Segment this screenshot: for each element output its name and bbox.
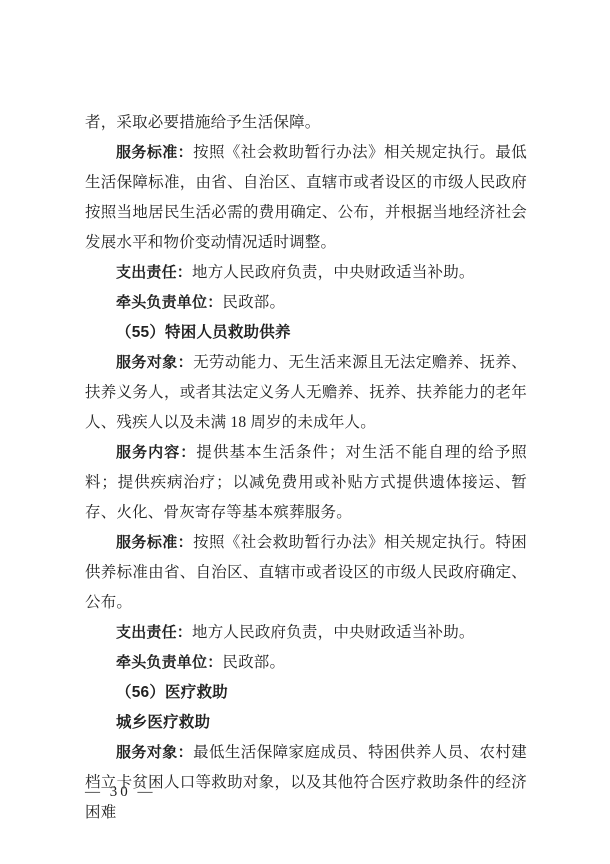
section-heading-55: （55）特困人员救助供养 [85, 318, 527, 348]
paragraph-label: 服务内容： [116, 444, 196, 461]
paragraph-label: 支出责任： [116, 624, 192, 641]
paragraph-text: 地方人民政府负责，中央财政适当补助。 [192, 624, 475, 641]
section-heading-56: （56）医疗救助 [85, 678, 527, 708]
paragraph-label: 服务对象： [116, 354, 193, 371]
paragraph: 支出责任：地方人民政府负责，中央财政适当补助。 [85, 258, 527, 288]
paragraph-text: 民政部。 [222, 294, 285, 311]
paragraph-label: 服务标准： [116, 534, 193, 551]
paragraph-text: 者，采取必要措施给予生活保障。 [85, 114, 321, 131]
paragraph-label: 服务标准： [116, 144, 193, 161]
paragraph: 服务标准：按照《社会救助暂行办法》相关规定执行。特困供养标准由省、自治区、直辖市… [85, 528, 527, 618]
paragraph: 服务对象：无劳动能力、无生活来源且无法定赡养、抚养、扶养义务人，或者其法定义务人… [85, 348, 527, 438]
page-number: — 30 — [85, 782, 156, 802]
paragraph: 服务内容：提供基本生活条件；对生活不能自理的给予照料；提供疾病治疗；以减免费用或… [85, 438, 527, 528]
paragraph-label: 支出责任： [116, 264, 192, 281]
paragraph: 者，采取必要措施给予生活保障。 [85, 108, 527, 138]
sub-heading-urban-rural-medical-aid: 城乡医疗救助 [85, 708, 527, 738]
paragraph: 服务标准：按照《社会救助暂行办法》相关规定执行。最低生活保障标准，由省、自治区、… [85, 138, 527, 258]
document-content: 者，采取必要措施给予生活保障。 服务标准：按照《社会救助暂行办法》相关规定执行。… [85, 108, 527, 828]
paragraph-label: 服务对象： [116, 744, 193, 761]
paragraph-text: 民政部。 [222, 654, 285, 671]
paragraph-label: 牵头负责单位： [116, 294, 222, 311]
paragraph: 牵头负责单位：民政部。 [85, 648, 527, 678]
paragraph-text: 地方人民政府负责，中央财政适当补助。 [192, 264, 475, 281]
paragraph: 牵头负责单位：民政部。 [85, 288, 527, 318]
document-page: 者，采取必要措施给予生活保障。 服务标准：按照《社会救助暂行办法》相关规定执行。… [0, 0, 610, 864]
paragraph-label: 牵头负责单位： [116, 654, 222, 671]
paragraph: 支出责任：地方人民政府负责，中央财政适当补助。 [85, 618, 527, 648]
